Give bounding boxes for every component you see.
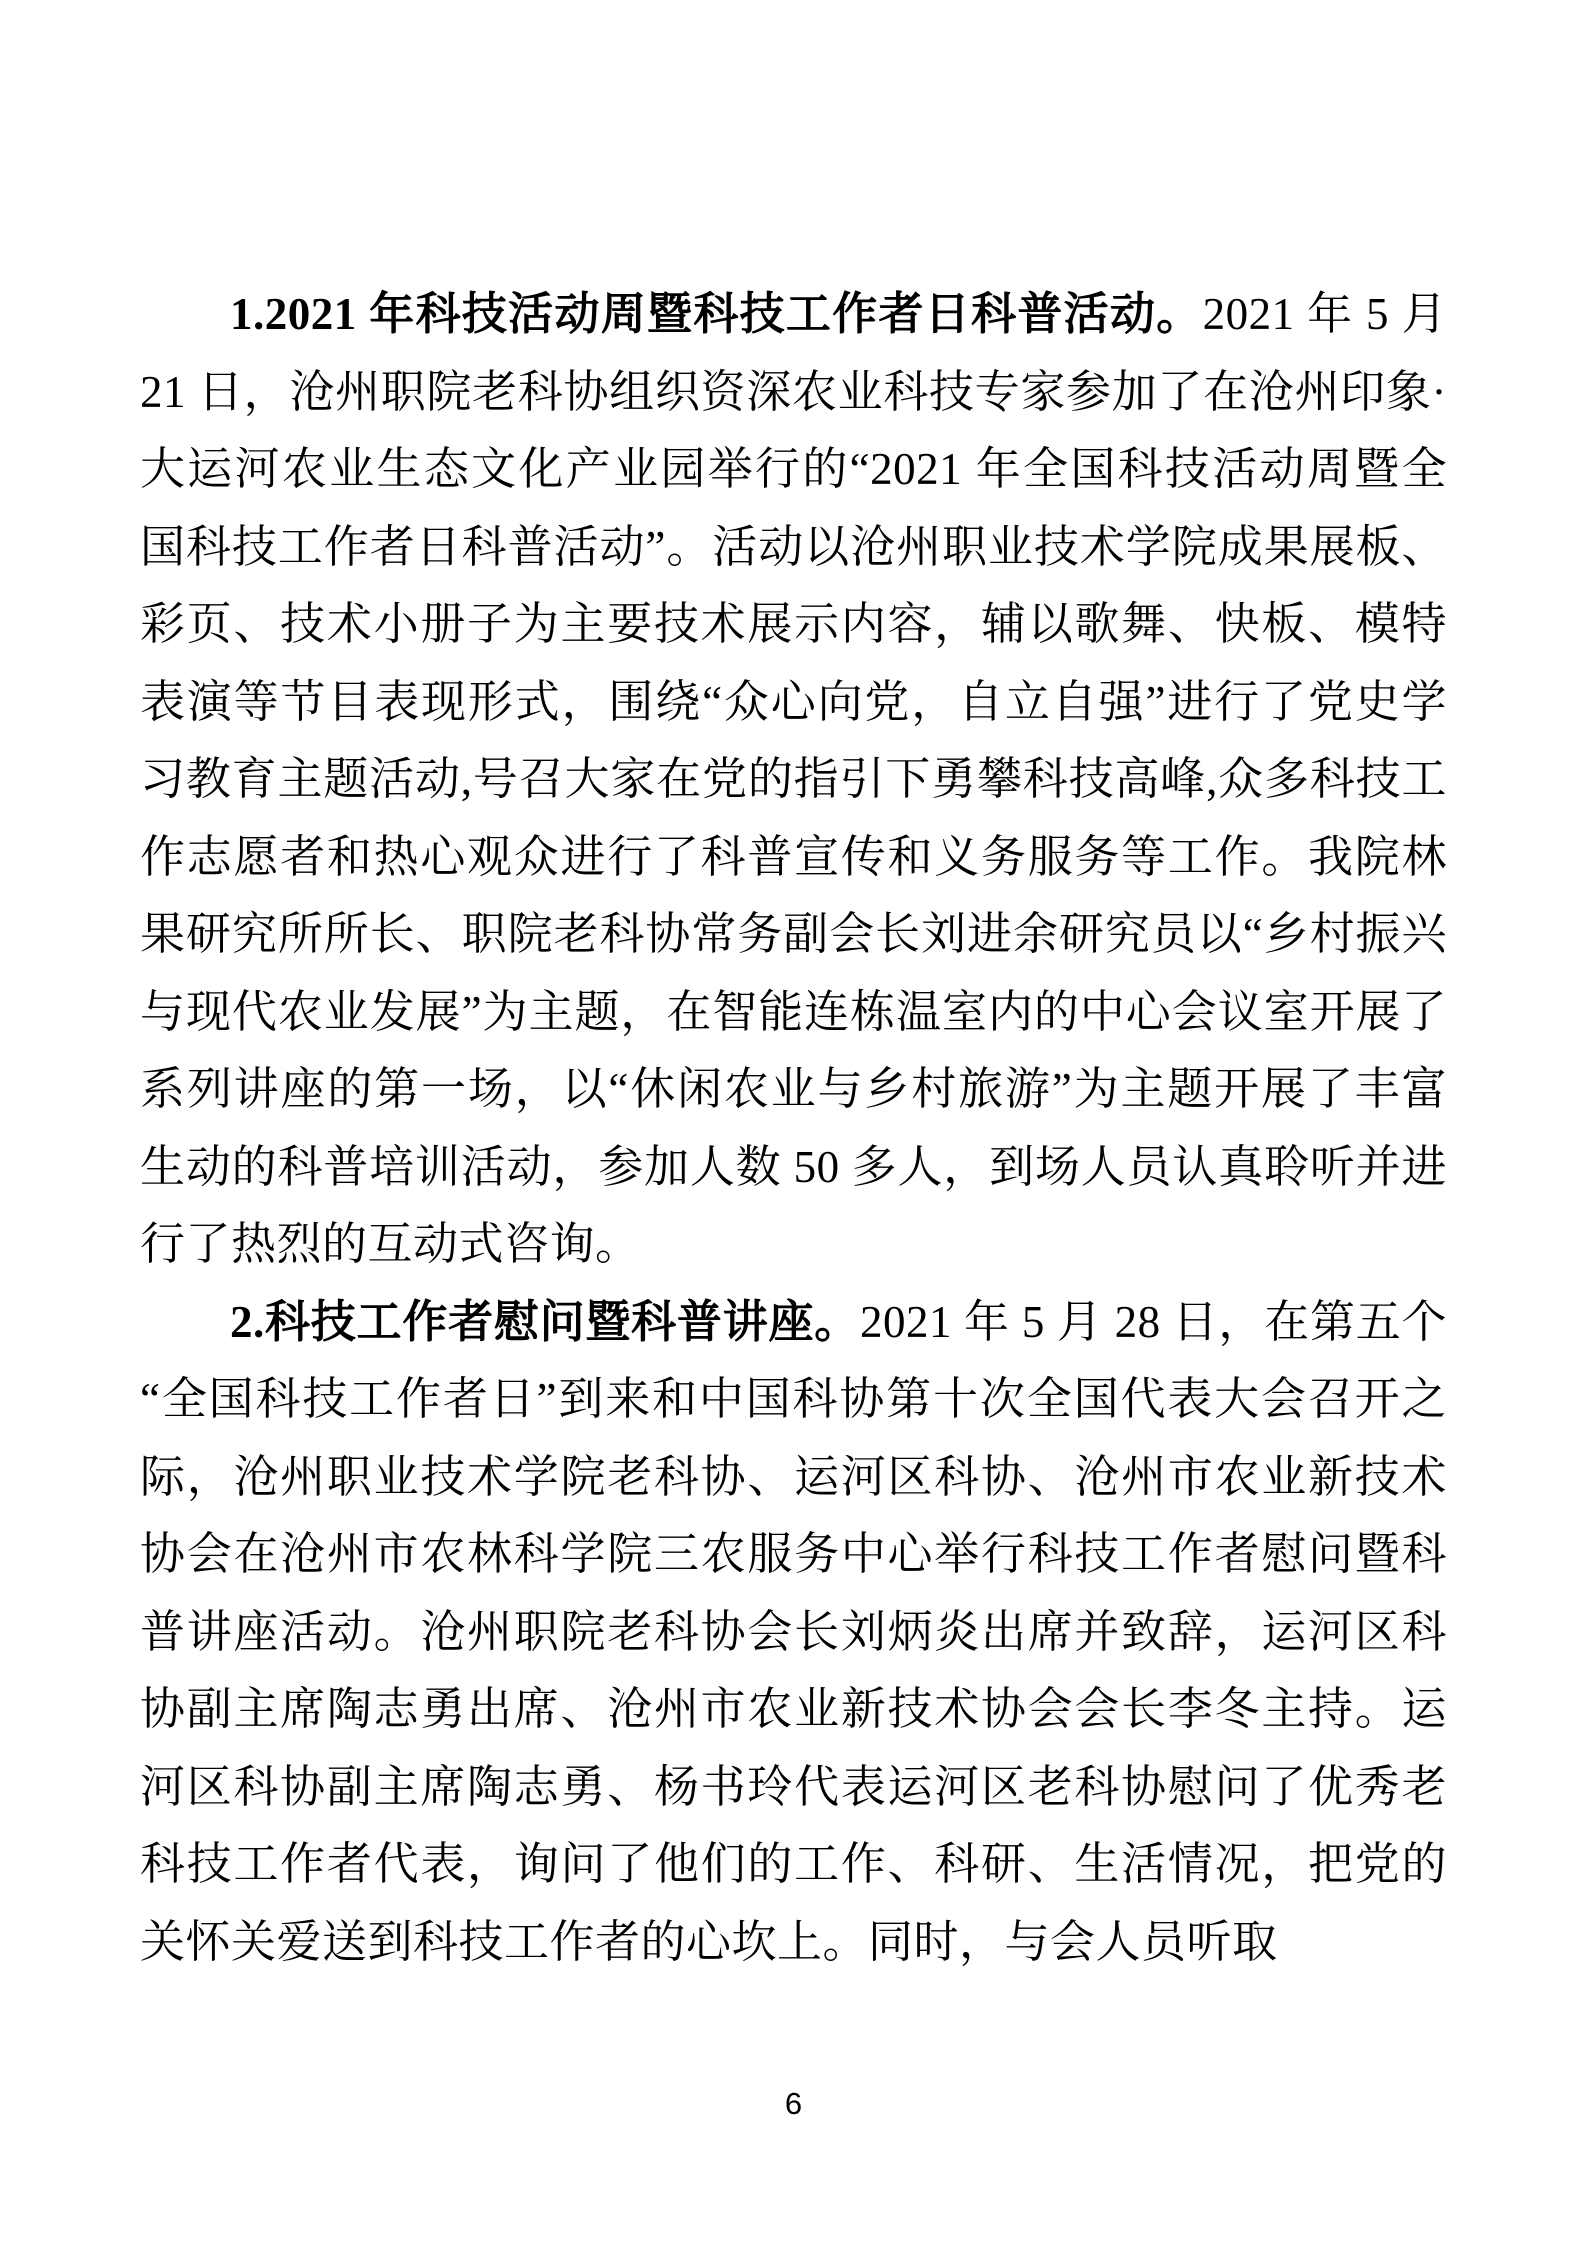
page-footer: 6 <box>0 2086 1587 2122</box>
paragraph-science-week-activity: 1.2021 年科技活动周暨科技工作者日科普活动。2021 年 5 月 21 日… <box>140 276 1447 1284</box>
document-body: 1.2021 年科技活动周暨科技工作者日科普活动。2021 年 5 月 21 日… <box>140 276 1447 1981</box>
document-page: 1.2021 年科技活动周暨科技工作者日科普活动。2021 年 5 月 21 日… <box>0 0 1587 2245</box>
paragraph-1-heading: 1.2021 年科技活动周暨科技工作者日科普活动。 <box>230 289 1203 339</box>
paragraph-1-text: 2021 年 5 月 21 日，沧州职院老科协组织资深农业科技专家参加了在沧州印… <box>140 289 1447 1269</box>
paragraph-2-heading: 2.科技工作者慰问暨科普讲座。 <box>230 1297 860 1347</box>
paragraph-worker-condolence-lecture: 2.科技工作者慰问暨科普讲座。2021 年 5 月 28 日，在第五个“全国科技… <box>140 1284 1447 1982</box>
page-number: 6 <box>785 2086 802 2121</box>
paragraph-2-text: 2021 年 5 月 28 日，在第五个“全国科技工作者日”到来和中国科协第十次… <box>140 1297 1447 1967</box>
